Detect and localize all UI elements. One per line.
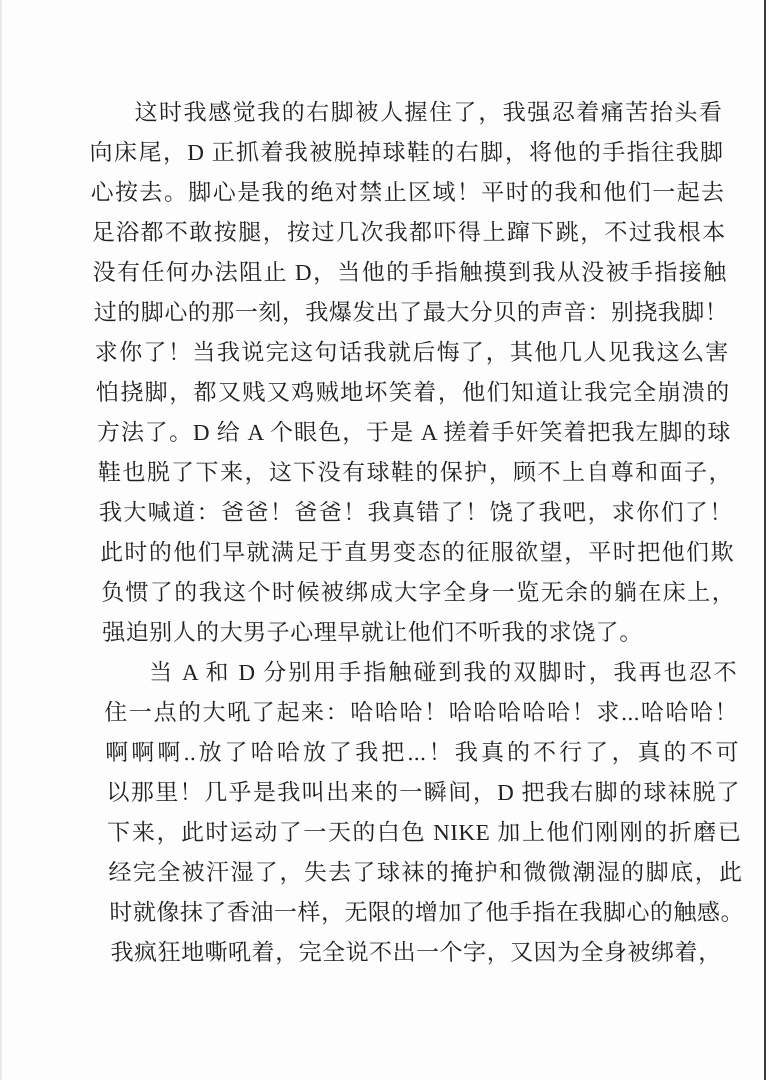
text-line: 心按去。脚心是我的绝对禁止区域！平时的我和他们一起去	[90, 173, 725, 213]
text-line: 住一点的大吼了起来：哈哈哈！哈哈哈哈哈！求...哈哈哈！	[104, 693, 739, 733]
page-right-edge-line	[764, 0, 766, 1080]
page-left-edge-line	[0, 0, 2, 1080]
text-line: 我大喊道：爸爸！爸爸！我真错了！饶了我吧，求你们了！	[98, 493, 733, 533]
body-text: 这时我感觉我的右脚被人握住了，我强忍着痛苦抬头看 向床尾，D 正抓着我被脱掉球鞋…	[88, 93, 745, 973]
text-line: 方法了。D 给 A 个眼色，于是 A 搓着手奸笑着把我左脚的球	[96, 413, 731, 453]
text-line: 向床尾，D 正抓着我被脱掉球鞋的右脚，将他的手指往我脚	[89, 133, 724, 173]
text-line: 时就像抹了香油一样，无限的增加了他手指在我脚心的触感。	[109, 893, 744, 933]
text-line: 下来，此时运动了一天的白色 NIKE 加上他们刚刚的折磨已	[107, 813, 742, 853]
text-line: 负惯了的我这个时候被绑成大字全身一览无余的躺在床上，	[101, 573, 736, 613]
text-line: 鞋也脱了下来，这下没有球鞋的保护，顾不上自尊和面子，	[97, 453, 732, 493]
text-line: 足浴都不敢按腿，按过几次我都吓得上蹿下跳，不过我根本	[91, 213, 726, 253]
text-line: 以那里！几乎是我叫出来的一瞬间，D 把我右脚的球袜脱了	[106, 773, 741, 813]
text-line: 没有任何办法阻止 D，当他的手指触摸到我从没被手指接触	[92, 253, 727, 293]
text-line: 求你了！当我说完这句话我就后悔了，其他几人见我这么害	[94, 333, 729, 373]
text-line: 我疯狂地嘶吼着，完全说不出一个字，又因为全身被绑着，	[110, 933, 745, 973]
text-line: 强迫别人的大男子心理早就让他们不听我的求饶了。	[102, 613, 737, 653]
text-line: 当 A 和 D 分别用手指触碰到我的双脚时，我再也忍不	[103, 653, 738, 693]
text-line: 这时我感觉我的右脚被人握住了，我强忍着痛苦抬头看	[88, 93, 723, 133]
text-line: 经完全被汗湿了，失去了球袜的掩护和微微潮湿的脚底，此	[108, 853, 743, 893]
text-line: 怕挠脚，都又贱又鸡贼地坏笑着，他们知道让我完全崩溃的	[95, 373, 730, 413]
text-line: 过的脚心的那一刻，我爆发出了最大分贝的声音：别挠我脚！	[93, 293, 728, 333]
text-line: 此时的他们早就满足于直男变态的征服欲望，平时把他们欺	[100, 533, 735, 573]
document-page: 这时我感觉我的右脚被人握住了，我强忍着痛苦抬头看 向床尾，D 正抓着我被脱掉球鞋…	[0, 0, 769, 1080]
text-line: 啊啊啊..放了哈哈放了我把...！我真的不行了，真的不可	[105, 733, 740, 773]
